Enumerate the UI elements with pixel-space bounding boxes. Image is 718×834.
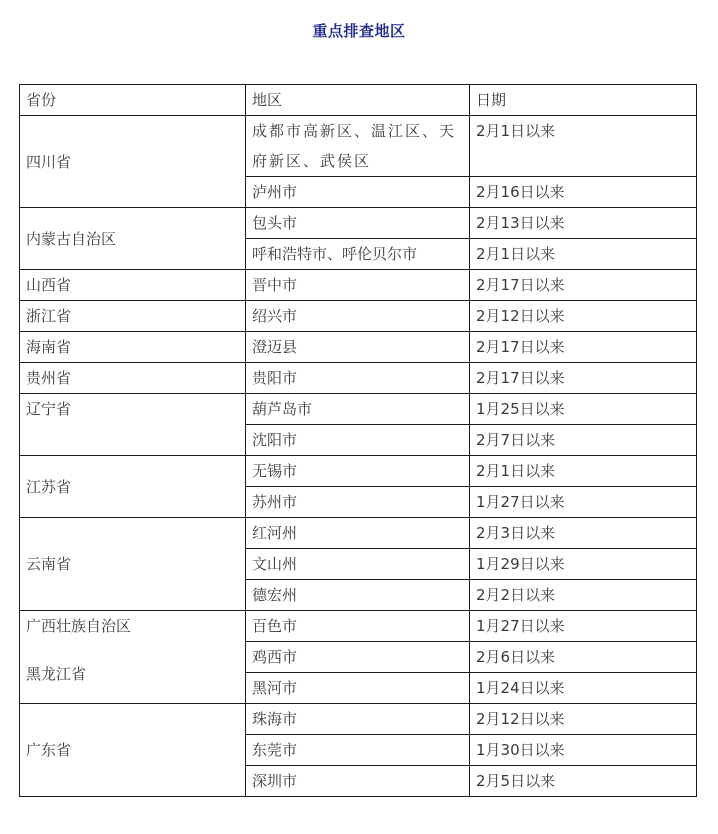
province-label: 黑龙江省 — [26, 657, 239, 691]
date-cell: 2月1日以来 — [470, 456, 697, 487]
date-cell: 2月17日以来 — [470, 363, 697, 394]
date-cell: 1月30日以来 — [470, 735, 697, 766]
table-row: 海南省 澄迈县 2月17日以来 — [20, 332, 697, 363]
area-cell: 珠海市 — [246, 704, 470, 735]
date-cell: 1月24日以来 — [470, 673, 697, 704]
table-row: 江苏省 无锡市 2月1日以来 — [20, 456, 697, 487]
header-area: 地区 — [246, 85, 470, 116]
page-title: 重点排查地区 — [0, 20, 718, 41]
area-cell: 葫芦岛市 — [246, 394, 470, 425]
province-cell: 广东省 — [20, 704, 246, 797]
area-cell: 德宏州 — [246, 580, 470, 611]
area-cell: 鸡西市 — [246, 642, 470, 673]
province-cell: 辽宁省 — [20, 394, 246, 456]
area-cell: 包头市 — [246, 208, 470, 239]
province-cell: 内蒙古自治区 — [20, 208, 246, 270]
date-cell: 2月12日以来 — [470, 301, 697, 332]
header-date: 日期 — [470, 85, 697, 116]
date-cell: 2月16日以来 — [470, 177, 697, 208]
province-cell: 四川省 — [20, 116, 246, 208]
date-cell: 2月7日以来 — [470, 425, 697, 456]
area-cell: 成都市高新区、温江区、天府新区、武侯区 — [246, 116, 470, 177]
date-cell: 2月1日以来 — [470, 116, 697, 177]
table-row: 内蒙古自治区 包头市 2月13日以来 — [20, 208, 697, 239]
area-cell: 文山州 — [246, 549, 470, 580]
area-cell: 泸州市 — [246, 177, 470, 208]
area-cell: 绍兴市 — [246, 301, 470, 332]
date-cell: 2月3日以来 — [470, 518, 697, 549]
date-cell: 2月1日以来 — [470, 239, 697, 270]
table-row: 辽宁省 葫芦岛市 1月25日以来 — [20, 394, 697, 425]
key-regions-table: 省份 地区 日期 四川省 成都市高新区、温江区、天府新区、武侯区 2月1日以来 … — [19, 84, 697, 797]
table-row: 浙江省 绍兴市 2月12日以来 — [20, 301, 697, 332]
province-cell: 贵州省 — [20, 363, 246, 394]
area-cell: 红河州 — [246, 518, 470, 549]
table-row: 四川省 成都市高新区、温江区、天府新区、武侯区 2月1日以来 — [20, 116, 697, 177]
province-cell: 山西省 — [20, 270, 246, 301]
area-cell: 贵阳市 — [246, 363, 470, 394]
date-cell: 2月2日以来 — [470, 580, 697, 611]
date-cell: 2月13日以来 — [470, 208, 697, 239]
header-province: 省份 — [20, 85, 246, 116]
area-cell: 呼和浩特市、呼伦贝尔市 — [246, 239, 470, 270]
table-header-row: 省份 地区 日期 — [20, 85, 697, 116]
province-label: 广西壮族自治区 — [26, 611, 239, 641]
table-row: 贵州省 贵阳市 2月17日以来 — [20, 363, 697, 394]
area-cell: 黑河市 — [246, 673, 470, 704]
date-cell: 2月17日以来 — [470, 332, 697, 363]
table-row: 广东省 珠海市 2月12日以来 — [20, 704, 697, 735]
province-cell: 江苏省 — [20, 456, 246, 518]
date-cell: 1月27日以来 — [470, 487, 697, 518]
table-row: 山西省 晋中市 2月17日以来 — [20, 270, 697, 301]
date-cell: 2月17日以来 — [470, 270, 697, 301]
province-cell-merged: 广西壮族自治区 黑龙江省 — [20, 611, 246, 704]
area-cell: 苏州市 — [246, 487, 470, 518]
province-cell: 云南省 — [20, 518, 246, 611]
date-cell: 1月29日以来 — [470, 549, 697, 580]
table-row: 云南省 红河州 2月3日以来 — [20, 518, 697, 549]
province-cell: 浙江省 — [20, 301, 246, 332]
date-cell: 1月27日以来 — [470, 611, 697, 642]
area-cell: 无锡市 — [246, 456, 470, 487]
area-cell: 百色市 — [246, 611, 470, 642]
area-cell: 晋中市 — [246, 270, 470, 301]
province-cell: 海南省 — [20, 332, 246, 363]
date-cell: 2月6日以来 — [470, 642, 697, 673]
date-cell: 2月12日以来 — [470, 704, 697, 735]
date-cell: 2月5日以来 — [470, 766, 697, 797]
area-cell: 沈阳市 — [246, 425, 470, 456]
area-cell: 东莞市 — [246, 735, 470, 766]
area-cell: 深圳市 — [246, 766, 470, 797]
date-cell: 1月25日以来 — [470, 394, 697, 425]
table-row: 广西壮族自治区 黑龙江省 百色市 1月27日以来 — [20, 611, 697, 642]
area-cell: 澄迈县 — [246, 332, 470, 363]
